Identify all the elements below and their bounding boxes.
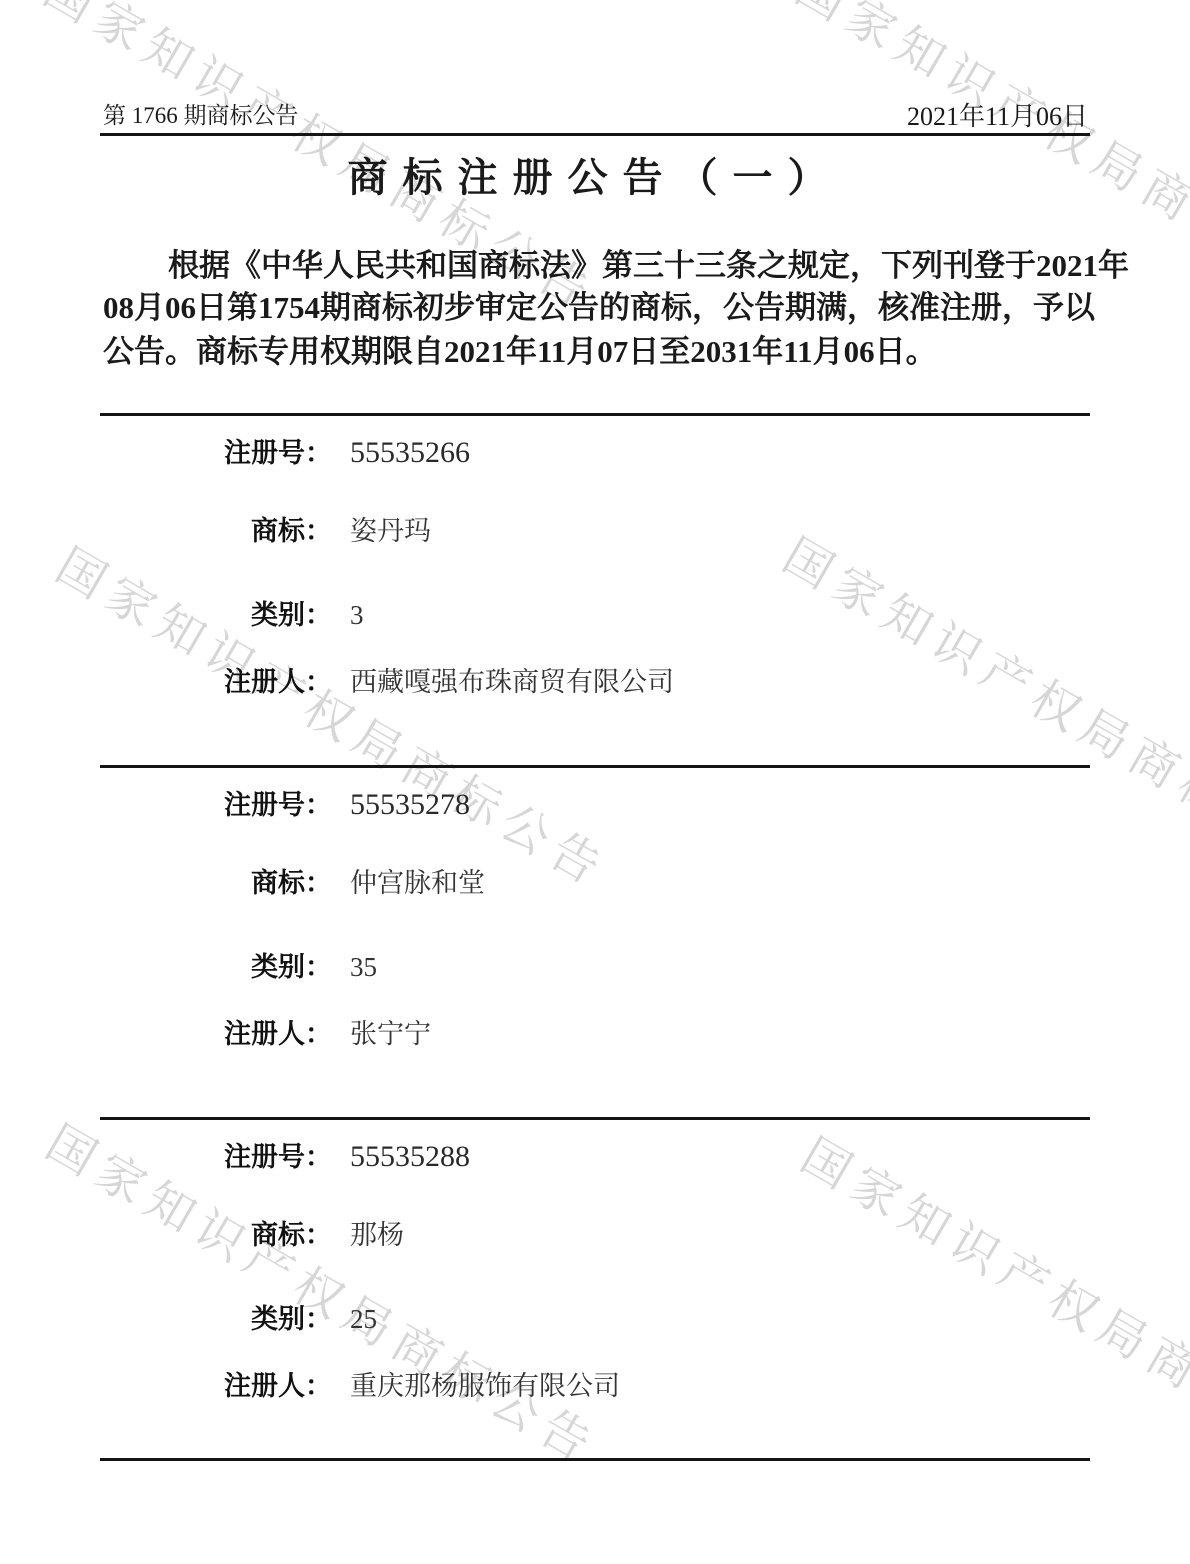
intro-line-1: 根据《中华人民共和国商标法》第三十三条之规定，下列刊登于2021年 (168, 250, 1129, 281)
entry-divider (100, 1117, 1090, 1120)
trademark-value: 仲宫脉和堂 (350, 861, 485, 900)
reg-no-row: 注册号： 55535266 (170, 431, 470, 470)
category-row: 类别： 25 (170, 1297, 377, 1336)
registrant-label: 注册人： (170, 1364, 332, 1403)
header-divider (100, 133, 1090, 136)
category-value: 35 (350, 952, 377, 983)
category-row: 类别： 35 (170, 945, 377, 984)
category-row: 类别： 3 (170, 593, 364, 632)
trademark-row: 商标： 姿丹玛 (170, 509, 431, 548)
trademark-value: 那杨 (350, 1213, 404, 1252)
reg-no-value: 55535288 (350, 1140, 470, 1174)
issue-number: 第 1766 期商标公告 (103, 97, 299, 130)
entry-divider (100, 413, 1090, 416)
registrant-label: 注册人： (170, 660, 332, 699)
category-value: 3 (350, 600, 364, 631)
reg-no-label: 注册号： (170, 1135, 332, 1174)
page-title: 商标注册公告（一） (348, 146, 843, 203)
reg-no-label: 注册号： (170, 783, 332, 822)
category-label: 类别： (170, 593, 332, 632)
trademark-row: 商标： 仲宫脉和堂 (170, 861, 485, 900)
registrant-value: 西藏嘎强布珠商贸有限公司 (350, 660, 674, 699)
registrant-row: 注册人： 重庆那杨服饰有限公司 (170, 1364, 620, 1403)
trademark-entry: 注册号： 55535278 商标： 仲宫脉和堂 类别： 35 注册人： 张宁宁 (0, 765, 1190, 1117)
entry-divider (100, 765, 1090, 768)
category-label: 类别： (170, 945, 332, 984)
trademark-label: 商标： (170, 861, 332, 900)
reg-no-value: 55535266 (350, 436, 470, 470)
trademark-label: 商标： (170, 1213, 332, 1252)
trademark-entry: 注册号： 55535288 商标： 那杨 类别： 25 注册人： 重庆那杨服饰有… (0, 1117, 1190, 1469)
reg-no-row: 注册号： 55535288 (170, 1135, 470, 1174)
trademark-label: 商标： (170, 509, 332, 548)
registrant-label: 注册人： (170, 1012, 332, 1051)
trademark-entry: 注册号： 55535266 商标： 姿丹玛 类别： 3 注册人： 西藏嘎强布珠商… (0, 413, 1190, 765)
category-label: 类别： (170, 1297, 332, 1336)
intro-line-3: 公告。商标专用权期限自2021年11月07日至2031年11月06日。 (103, 336, 937, 367)
category-value: 25 (350, 1304, 377, 1335)
registrant-value: 张宁宁 (350, 1012, 431, 1051)
reg-no-value: 55535278 (350, 788, 470, 822)
registrant-row: 注册人： 西藏嘎强布珠商贸有限公司 (170, 660, 674, 699)
final-divider (100, 1458, 1090, 1461)
reg-no-row: 注册号： 55535278 (170, 783, 470, 822)
trademark-row: 商标： 那杨 (170, 1213, 404, 1252)
publication-date: 2021年11月06日 (907, 96, 1088, 133)
registrant-value: 重庆那杨服饰有限公司 (350, 1364, 620, 1403)
trademark-value: 姿丹玛 (350, 509, 431, 548)
reg-no-label: 注册号： (170, 431, 332, 470)
intro-line-2: 08月06日第1754期商标初步审定公告的商标，公告期满，核准注册，予以 (103, 292, 1095, 323)
registrant-row: 注册人： 张宁宁 (170, 1012, 431, 1051)
gazette-page: 国家知识产权局商标公告 国家知识产权局商标公告 国家知识产权局商标公告 国家知识… (0, 0, 1190, 1564)
